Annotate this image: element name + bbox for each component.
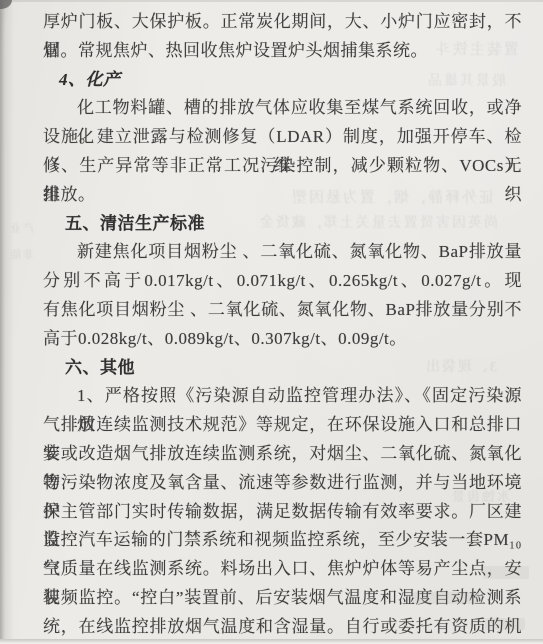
text-line: 修、生产异常等非正常工况污染控制，减少颗粒物、VOCs无组织 <box>43 152 522 181</box>
text-line: 分别不高于0.017kg/t、0.071kg/t、0.265kg/t、0.027… <box>43 267 522 296</box>
scan-smudge <box>485 618 525 630</box>
text-line: 有焦化项目烟粉尘 、二氧化硫、氮氧化物、BaP排放量分别不 <box>43 296 522 325</box>
bleedthrough-text: 产业 <box>8 220 34 236</box>
text-line: 新建焦化项目烟粉尘 、二氧化硫、氮氧化物、BaP排放量 <box>43 238 522 267</box>
text-line: 统，在线监控排放烟气温度和含湿量。自行或委托有资质的机构 <box>43 613 522 642</box>
text-line: 厚炉门板、大保护板。正常炭化期间，大、小炉门应密封，不冒 <box>43 8 522 37</box>
scan-smudge <box>413 592 483 604</box>
bleedthrough-text: 非能 <box>8 246 34 262</box>
scan-smudge <box>483 566 529 579</box>
page-bottom-edge <box>0 639 543 644</box>
scanned-document-page: 置装主铁斗般景其雄品证外释静，烟，置为悬因塑尚英因害贤置去量关土郑，藏货金产业非… <box>0 0 543 644</box>
text-line: 气质量在线监测系统。料场出入口、焦炉炉体等易产尘点，安装 <box>43 555 522 584</box>
text-line: 设施。建立泄露与检测修复（LDAR）制度，加强开停车、检（维） <box>43 123 522 152</box>
text-line: 护主管部门实时传输数据，满足数据传输有效率要求。厂区建设 <box>43 498 522 527</box>
document-text-block: 厚炉门板、大保护板。正常炭化期间，大、小炉门应密封，不冒烟。常规焦炉、热回收焦炉… <box>43 8 522 642</box>
scan-edge-left <box>0 0 14 644</box>
text-line: 高于0.028kg/t、0.089kg/t、0.307kg/t、0.09g/t。 <box>43 325 522 354</box>
text-line: 六、其他 <box>43 354 522 383</box>
text-line: 等污染物浓度及氧含量、流速等参数进行监测，并与当地环境保 <box>43 469 522 498</box>
text-line: 烟。常规焦炉、热回收焦炉设置炉头烟捕集系统。 <box>43 37 522 66</box>
text-line: 装或改造烟气排放连续监测系统，对烟尘、二氧化硫、氮氧化物 <box>43 440 522 469</box>
text-line: 五、清洁生产标准 <box>43 210 522 239</box>
text-line: 4、化产 <box>43 66 522 95</box>
text-line: 监控汽车运输的门禁系统和视频监控系统，至少安装一套PM₁₀空 <box>43 526 522 555</box>
text-line: 化工物料罐、槽的排放气体应收集至煤气系统回收，或净化 <box>43 94 522 123</box>
scan-edge-top <box>0 0 543 2</box>
text-line: 1、严格按照《污染源自动监控管理办法》、《固定污染源烟 <box>43 382 522 411</box>
text-line: 气排放连续监测技术规范》等规定，在环保设施入口和总排口安 <box>43 411 522 440</box>
